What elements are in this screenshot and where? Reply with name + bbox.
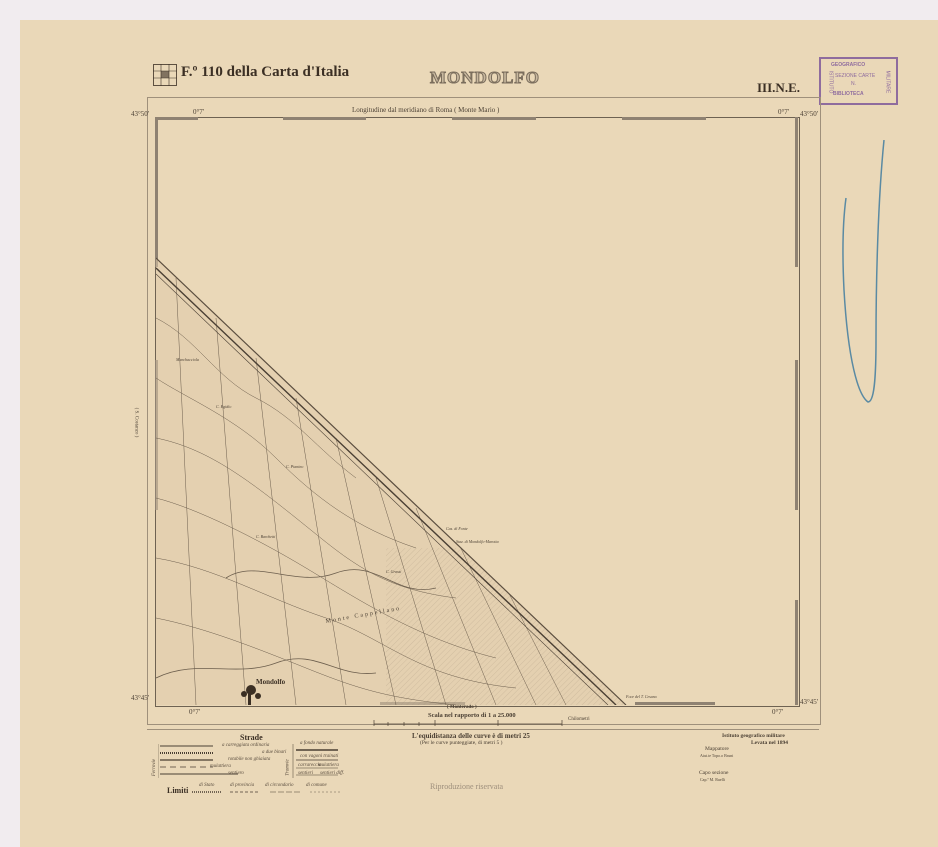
legend-road-item: rotabile non ghiaiata [228,757,270,762]
stamp-line: MILITARE [884,71,890,94]
legend-road-item: a due binari [262,750,286,755]
library-stamp: GEOGRAFICO ISTITUTO MILITARE SEZIONE CAR… [819,57,898,105]
legend-road-item: a carreggiata ordinaria [222,743,269,748]
divider [147,729,819,730]
topographic-map: Staz. di Mondolfo-Marotta Cas. di Fonte … [156,118,798,705]
blue-pen-mark [838,140,888,420]
credit-section-title: Capo sezione [699,770,728,776]
lon-label-top-left: 0°7' [193,108,204,116]
legend-limit-item: di Stato [199,783,214,788]
legend-right-item: con vagoni trainati [300,754,338,759]
svg-text:Staz. di Mondolfo-Marotta: Staz. di Mondolfo-Marotta [456,539,499,544]
svg-text:C. Barchetti: C. Barchetti [256,534,275,539]
legend-right-item: sentieri [298,771,313,776]
stamp-line: N. [851,81,856,87]
svg-text:Cas. di Fonte: Cas. di Fonte [446,526,468,531]
svg-text:C. Pianino: C. Pianino [286,464,303,469]
reproduction-notice: Riproduzione riservata [430,782,503,791]
stamp-line: ISTITUTO [827,71,833,94]
credit-mapper-name: Aiut.te Topo.o Bruni [700,753,733,758]
lon-label-top-right: 0°7' [778,108,789,116]
sheet-label: F.º 110 della Carta d'Italia [181,64,349,81]
longitude-caption: Longitudine dal meridiano di Roma ( Mont… [352,106,499,114]
town-label-mondolfo: Mondolfo [256,678,286,686]
quadrant-label: III.N.E. [757,80,800,96]
contour-subnote: (Per le curve punteggiate, di metri 5 ) [420,740,502,746]
credit-institute: Istituto geografico militare [722,733,785,739]
legend-limits-title: Limiti [167,786,188,795]
legend-right-item: a fondo naturale [300,741,333,746]
stamp-line: GEOGRAFICO [831,62,865,68]
svg-text:C. Grassi: C. Grassi [386,569,401,574]
stamp-line: BIBLIOTECA [833,91,864,97]
lon-label-bottom-left: 0°7' [189,708,200,716]
legend-side-label: Tramvie [286,759,291,775]
lat-label-top-left: 43°50' [131,110,149,118]
legend-road-item: mulattiera [210,764,231,769]
legend-right-item: mulattiera [318,763,339,768]
legend-road-symbols [158,742,408,782]
stamp-line: SEZIONE CARTE [835,73,875,79]
lat-label-bottom-right: 43°45' [800,698,818,706]
scale-bar [372,718,572,728]
legend-road-item: sentiero [228,771,244,776]
scale-unit: Chilometri [568,717,590,722]
legend-limit-item: di provincia [230,783,254,788]
svg-text:Mad. della Grazia: Mad. della Grazia [220,704,250,705]
map-title: MONDOLFO [430,68,540,88]
legend-side-label: Ferrovie [152,759,157,776]
credit-survey-date: Levata nel 1894 [751,740,788,746]
lon-label-bottom-right: 0°7' [772,708,783,716]
lat-label-top-right: 43°50' [800,110,818,118]
bottom-caption: ( Monterado ) [447,705,477,710]
legend-roads-title: Strade [240,733,263,742]
legend-limit-item: di comune [306,783,327,788]
svg-text:Manchacciola: Manchacciola [175,357,199,362]
credit-mapper-title: Mappatore [705,746,729,752]
legend-limit-item: di circondario [265,783,294,788]
credit-section-name: Cap.º M. Ruelli [700,777,725,782]
svg-text:C. Egidio: C. Egidio [216,404,231,409]
left-side-label: ( S. Costanzo ) [133,408,138,438]
legend-right-item: sentieri diff. [320,771,344,776]
lat-label-bottom-left: 43°45' [131,694,149,702]
svg-text:Foce del T. Cesano: Foce del T. Cesano [625,694,657,699]
contour-note: L'equidistanza delle curve è di metri 25 [412,732,530,740]
sheet-index-grid-icon [153,64,177,86]
